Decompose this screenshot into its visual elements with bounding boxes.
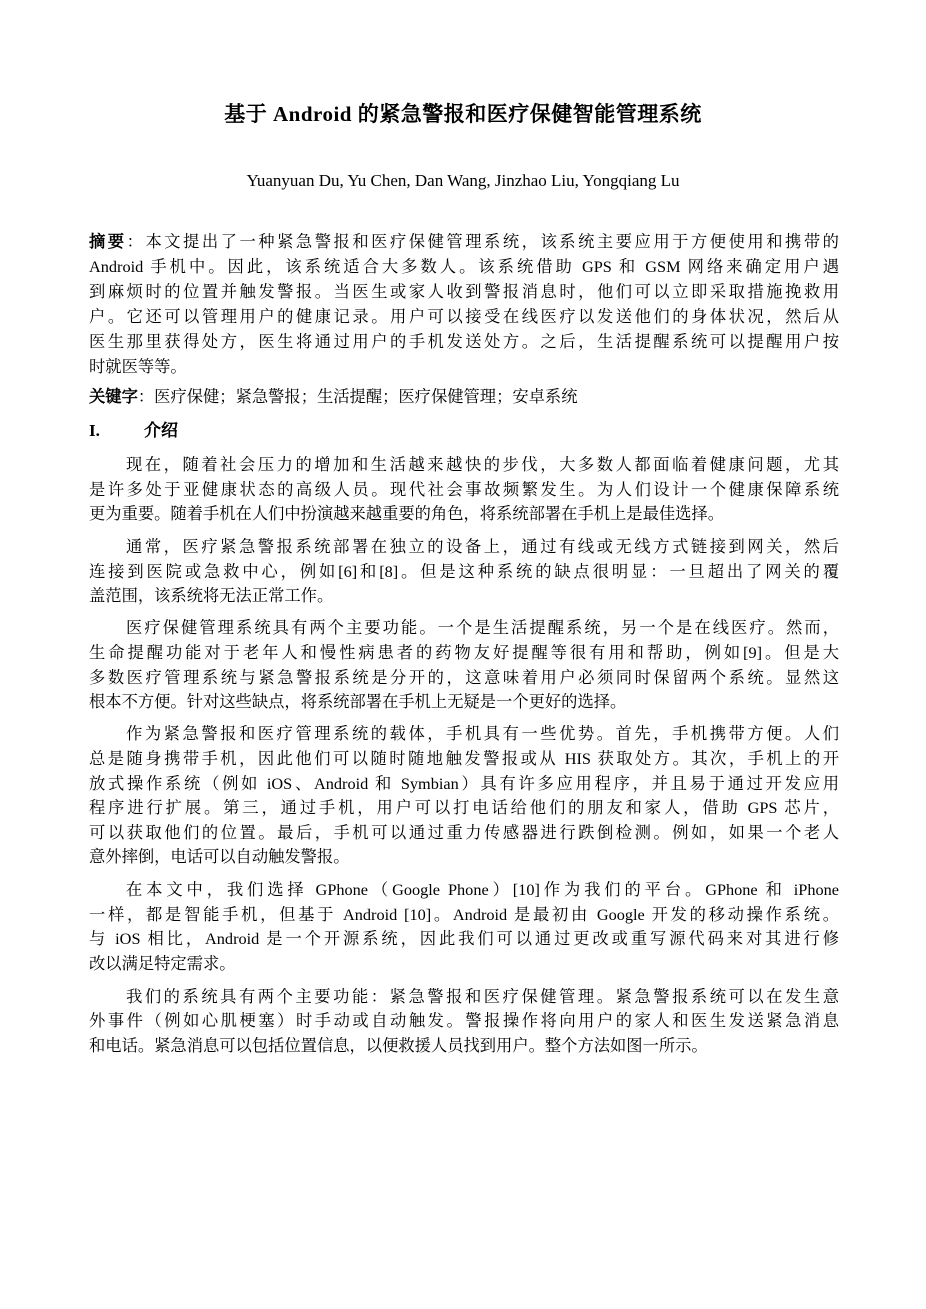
paragraph-line: 是许多处于亚健康状态的高级人员。现代社会事故频繁发生。为人们设计一个健康保障系统 — [89, 479, 839, 501]
paragraph-line: 意外摔倒，电话可以自动触发警报。 — [89, 846, 839, 868]
section-title: 介绍 — [144, 421, 178, 440]
keywords-label: 关键字 — [89, 387, 138, 406]
paragraph-line: 更为重要。随着手机在人们中扮演越来越重要的角色，将系统部署在手机上是最佳选择。 — [89, 503, 839, 525]
paragraph-line: 一样，都是智能手机，但基于 Android [10]。Android 是最初由 … — [89, 904, 839, 926]
paragraph-line: 改以满足特定需求。 — [89, 953, 839, 975]
paragraph-line: 放式操作系统（例如 iOS、Android 和 Symbian）具有许多应用程序… — [89, 773, 839, 795]
abstract-line: 到麻烦时的位置并触发警报。当医生或家人收到警报消息时，他们可以立即采取措施挽救用 — [89, 281, 839, 303]
author-list: Yuanyuan Du, Yu Chen, Dan Wang, Jinzhao … — [0, 170, 926, 192]
paragraph-line: 总是随身携带手机，因此他们可以随时随地触发警报或从 HIS 获取处方。其次，手机… — [89, 748, 839, 770]
paragraph-line: 通常，医疗紧急警报系统部署在独立的设备上，通过有线或无线方式链接到网关，然后 — [89, 536, 839, 558]
paragraph-line: 程序进行扩展。第三，通过手机，用户可以打电话给他们的朋友和家人，借助 GPS 芯… — [89, 797, 839, 819]
paragraph-line: 医疗保健管理系统具有两个主要功能。一个是生活提醒系统，另一个是在线医疗。然而， — [89, 617, 839, 639]
abstract-line: 医生那里获得处方，医生将通过用户的手机发送处方。之后，生活提醒系统可以提醒用户按 — [89, 331, 839, 353]
paragraph-line: 生命提醒功能对于老年人和慢性病患者的药物友好提醒等很有用和帮助，例如[9]。但是… — [89, 642, 839, 664]
paragraph-line: 外事件（例如心肌梗塞）时手动或自动触发。警报操作将向用户的家人和医生发送紧急消息 — [89, 1010, 839, 1032]
paper-title: 基于 Android 的紧急警报和医疗保健智能管理系统 — [0, 100, 926, 128]
abstract-label: 摘要 — [89, 232, 127, 251]
paragraph-line: 连接到医院或急救中心，例如[6]和[8]。但是这种系统的缺点很明显：一旦超出了网… — [89, 561, 839, 583]
paragraph-line: 与 iOS 相比，Android 是一个开源系统，因此我们可以通过更改或重写源代… — [89, 928, 839, 950]
abstract-line: 户。它还可以管理用户的健康记录。用户可以接受在线医疗以发送他们的身体状况，然后从 — [89, 306, 839, 328]
paragraph-line: 盖范围，该系统将无法正常工作。 — [89, 585, 839, 607]
section-number: I. — [89, 420, 144, 442]
abstract-line: 时就医等等。 — [89, 356, 839, 378]
paragraph-line: 作为紧急警报和医疗管理系统的载体，手机具有一些优势。首先，手机携带方便。人们 — [89, 723, 839, 745]
paragraph-line: 可以获取他们的位置。最后，手机可以通过重力传感器进行跌倒检测。例如，如果一个老人 — [89, 822, 839, 844]
keywords-text: 医疗保健；紧急警报；生活提醒；医疗保健管理；安卓系统 — [154, 387, 577, 406]
paragraph-line: 在本文中，我们选择 GPhone（Google Phone）[10]作为我们的平… — [89, 879, 839, 901]
keywords: 关键字：医疗保健；紧急警报；生活提醒；医疗保健管理；安卓系统 — [89, 386, 839, 408]
paragraph-line: 和电话。紧急消息可以包括位置信息，以便救援人员找到用户。整个方法如图一所示。 — [89, 1035, 839, 1057]
section-heading: I.介绍 — [89, 420, 178, 442]
paragraph-line: 根本不方便。针对这些缺点，将系统部署在手机上无疑是一个更好的选择。 — [89, 691, 839, 713]
paragraph-line: 多数医疗管理系统与紧急警报系统是分开的，这意味着用户必须同时保留两个系统。显然这 — [89, 667, 839, 689]
abstract-line: 摘要：本文提出了一种紧急警报和医疗保健管理系统，该系统主要应用于方便使用和携带的 — [89, 231, 839, 253]
paragraph-line: 现在，随着社会压力的增加和生活越来越快的步伐，大多数人都面临着健康问题，尤其 — [89, 454, 839, 476]
abstract-line: Android 手机中。因此，该系统适合大多数人。该系统借助 GPS 和 GSM… — [89, 256, 839, 278]
paragraph-line: 我们的系统具有两个主要功能：紧急警报和医疗保健管理。紧急警报系统可以在发生意 — [89, 986, 839, 1008]
